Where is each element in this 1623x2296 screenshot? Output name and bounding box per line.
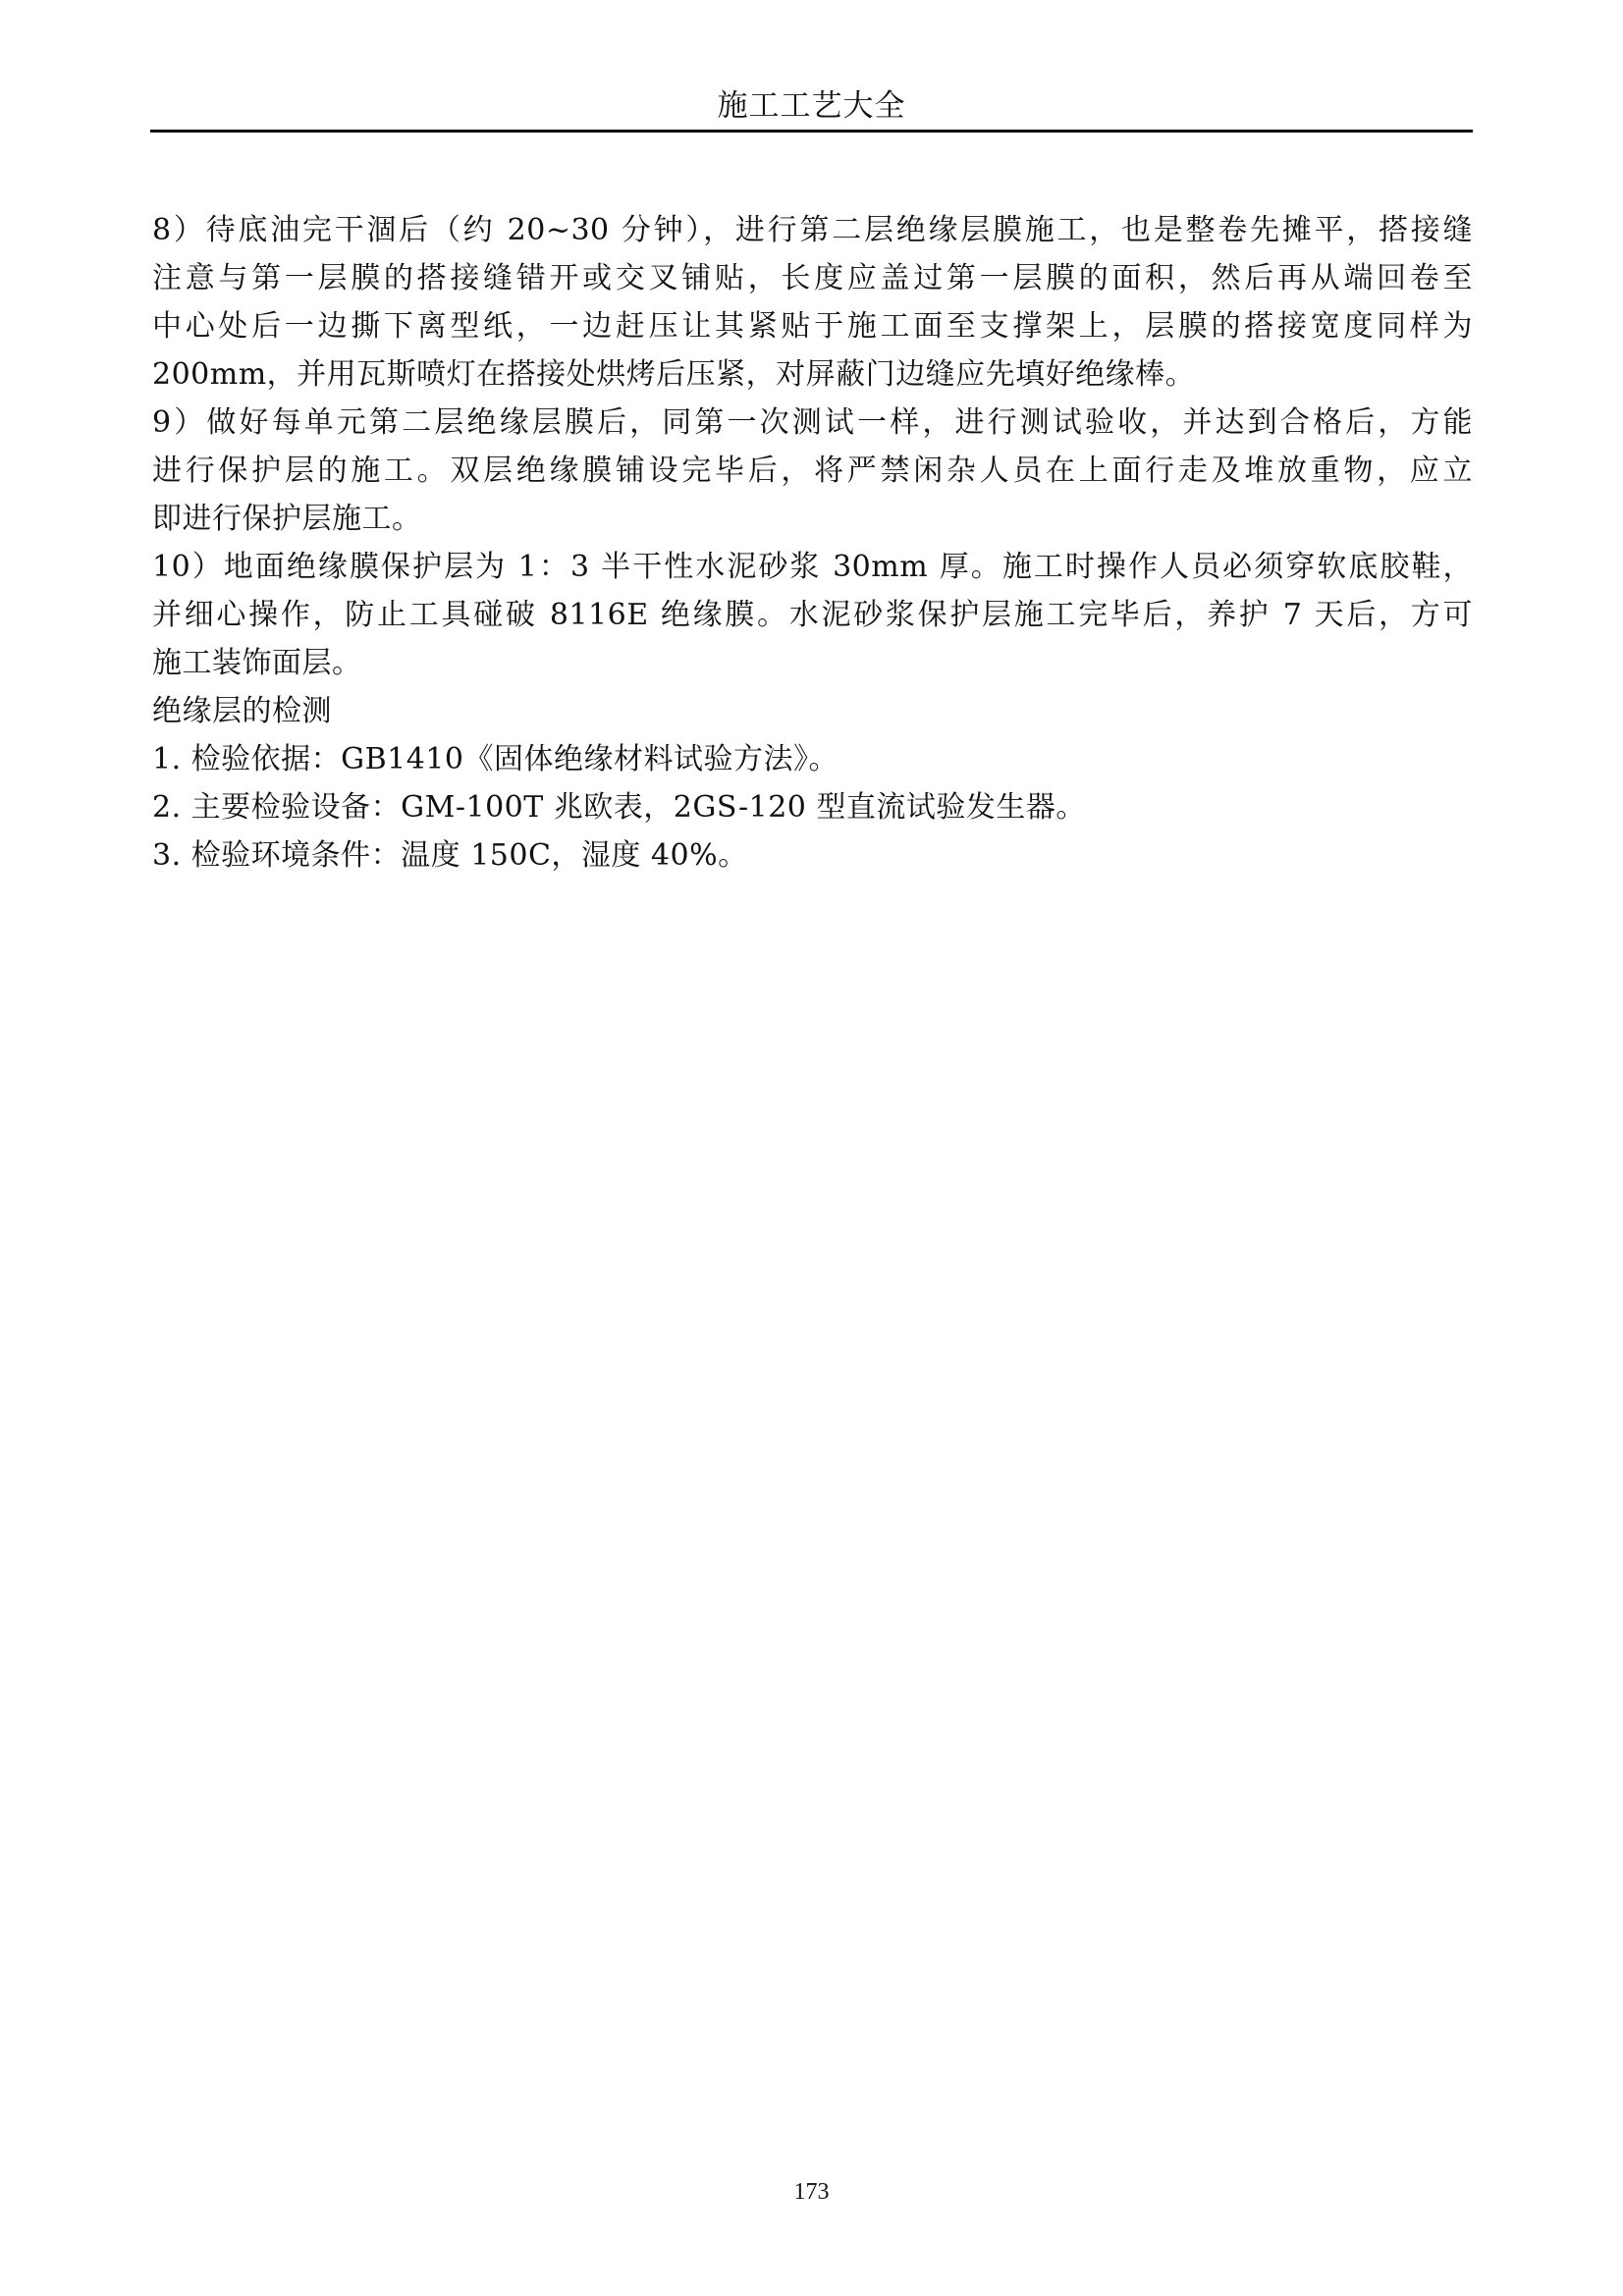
- text-line: 中心处后一边撕下离型纸，一边赶压让其紧贴于施工面至支撑架上，层膜的搭接宽度同样为: [152, 302, 1473, 350]
- text-line: 施工装饰面层。: [152, 639, 1473, 687]
- text-line: 8）待底油完干涸后（约 20~30 分钟），进行第二层绝缘层膜施工，也是整卷先摊…: [152, 206, 1473, 254]
- list-item-3: 3. 检验环境条件：温度 150C，湿度 40%。: [152, 831, 1473, 880]
- text-line: 即进行保护层施工。: [152, 495, 1473, 543]
- section-heading-insulation-testing: 绝缘层的检测: [152, 687, 1473, 735]
- paragraph-step-8: 8）待底油完干涸后（约 20~30 分钟），进行第二层绝缘层膜施工，也是整卷先摊…: [152, 206, 1473, 399]
- list-item-text: 3. 检验环境条件：温度 150C，湿度 40%。: [152, 831, 1473, 880]
- list-item-1: 1. 检验依据：GB1410《固体绝缘材料试验方法》。: [152, 735, 1473, 783]
- page-number: 173: [0, 2177, 1623, 2207]
- text-line: 200mm，并用瓦斯喷灯在搭接处烘烤后压紧，对屏蔽门边缝应先填好绝缘棒。: [152, 350, 1473, 399]
- list-item-text: 1. 检验依据：GB1410《固体绝缘材料试验方法》。: [152, 735, 1473, 783]
- header-divider: [150, 130, 1473, 133]
- text-line: 9）做好每单元第二层绝缘层膜后，同第一次测试一样，进行测试验收，并达到合格后，方…: [152, 399, 1473, 447]
- section-heading-text: 绝缘层的检测: [152, 687, 1473, 735]
- document-body: 8）待底油完干涸后（约 20~30 分钟），进行第二层绝缘层膜施工，也是整卷先摊…: [152, 206, 1473, 880]
- list-item-2: 2. 主要检验设备：GM-100T 兆欧表，2GS-120 型直流试验发生器。: [152, 783, 1473, 831]
- text-line: 进行保护层的施工。双层绝缘膜铺设完毕后，将严禁闲杂人员在上面行走及堆放重物，应立: [152, 447, 1473, 495]
- text-line: 注意与第一层膜的搭接缝错开或交叉铺贴，长度应盖过第一层膜的面积，然后再从端回卷至: [152, 254, 1473, 302]
- paragraph-step-10: 10）地面绝缘膜保护层为 1：3 半干性水泥砂浆 30mm 厚。施工时操作人员必…: [152, 543, 1473, 687]
- text-line: 并细心操作，防止工具碰破 8116E 绝缘膜。水泥砂浆保护层施工完毕后，养护 7…: [152, 591, 1473, 639]
- page-header-title: 施工工艺大全: [150, 86, 1473, 126]
- text-line: 10）地面绝缘膜保护层为 1：3 半干性水泥砂浆 30mm 厚。施工时操作人员必…: [152, 543, 1473, 591]
- paragraph-step-9: 9）做好每单元第二层绝缘层膜后，同第一次测试一样，进行测试验收，并达到合格后，方…: [152, 399, 1473, 543]
- list-item-text: 2. 主要检验设备：GM-100T 兆欧表，2GS-120 型直流试验发生器。: [152, 783, 1473, 831]
